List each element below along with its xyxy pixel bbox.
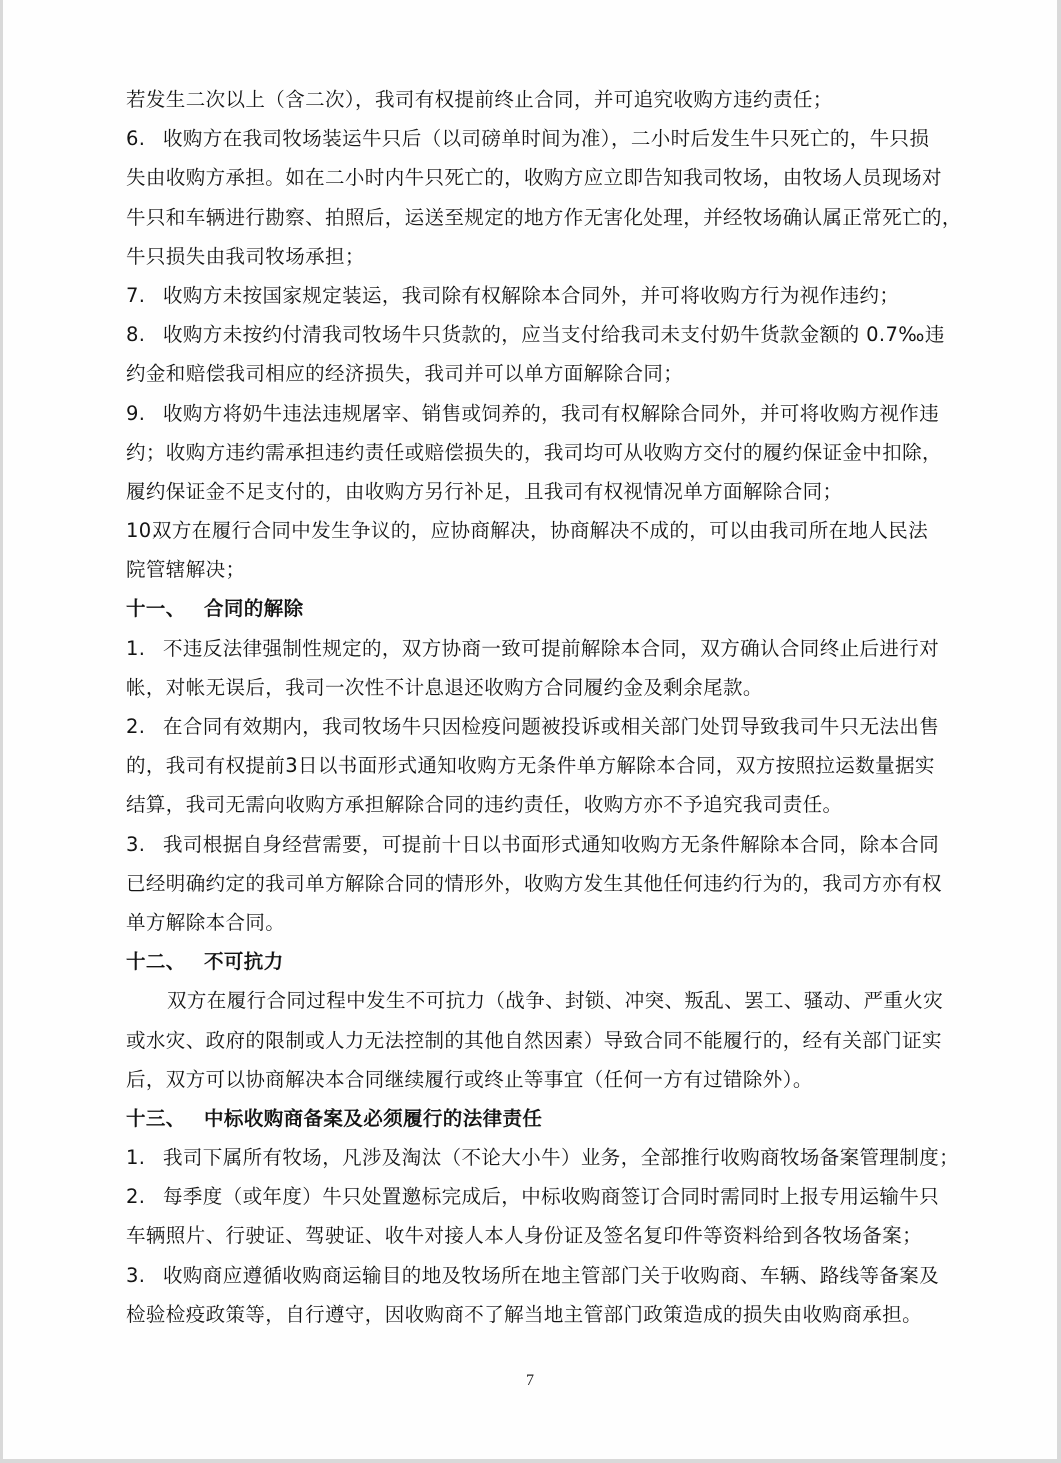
item-number: 2.: [126, 1177, 163, 1216]
list-item: 2.每季度（或年度）牛只处置邀标完成后，中标收购商签订合同时需同时上报专用运输牛…: [126, 1177, 936, 1255]
item-number: 2.: [126, 707, 163, 746]
section-title: 不可抗力: [204, 950, 284, 973]
text-line: 院管辖解决；: [126, 550, 936, 589]
list-item-8: 8.收购方未按约付清我司牧场牛只货款的，应当支付给我司未支付奶牛货款金额的 0.…: [126, 315, 936, 393]
text-line: 单方解除本合同。: [126, 903, 936, 942]
text-line: 在合同有效期内，我司牧场牛只因检疫问题被投诉或相关部门处罚导致我司牛只无法出售: [163, 715, 939, 738]
text-line: 检验检疫政策等，自行遵守，因收购商不了解当地主管部门政策造成的损失由收购商承担。: [126, 1295, 936, 1334]
section-title: 合同的解除: [204, 597, 304, 620]
section-13: 十三、中标收购商备案及必须履行的法律责任 1.我司下属所有牧场，凡涉及淘汰（不论…: [126, 1099, 936, 1334]
section-number: 十三、: [126, 1099, 204, 1138]
list-item: 1.我司下属所有牧场，凡涉及淘汰（不论大小牛）业务，全部推行收购商牧场备案管理制…: [126, 1138, 936, 1177]
section-title: 中标收购商备案及必须履行的法律责任: [204, 1107, 542, 1130]
list-item: 2.在合同有效期内，我司牧场牛只因检疫问题被投诉或相关部门处罚导致我司牛只无法出…: [126, 707, 936, 825]
text-line: 或水灾、政府的限制或人力无法控制的其他自然因素）导致合同不能履行的，经有关部门证…: [126, 1021, 936, 1060]
text-line: 帐，对帐无误后，我司一次性不计息退还收购方合同履约金及剩余尾款。: [126, 668, 936, 707]
list-item-10: 10.双方在履行合同中发生争议的，应协商解决，协商解决不成的，可以由我司所在地人…: [126, 511, 936, 589]
text-line: 收购商应遵循收购商运输目的地及牧场所在地主管部门关于收购商、车辆、路线等备案及: [163, 1264, 939, 1287]
item-number: 8.: [126, 315, 163, 354]
section-heading: 十三、中标收购商备案及必须履行的法律责任: [126, 1099, 936, 1138]
section-number: 十一、: [126, 589, 204, 628]
text-line: 的，我司有权提前3日以书面形式通知收购方无条件单方解除本合同，双方按照拉运数量据…: [126, 746, 936, 785]
item-number: 3.: [126, 1256, 163, 1295]
list-item-9: 9.收购方将奶牛违法违规屠宰、销售或饲养的，我司有权解除合同外，并可将收购方视作…: [126, 394, 936, 512]
section-heading: 十一、合同的解除: [126, 589, 936, 628]
item-number: 1.: [126, 1138, 163, 1177]
text-line: 结算，我司无需向收购方承担解除合同的违约责任，收购方亦不予追究我司责任。: [126, 785, 936, 824]
text-line: 收购方未按约付清我司牧场牛只货款的，应当支付给我司未支付奶牛货款金额的 0.7‰…: [163, 323, 945, 346]
text-line: 收购方未按国家规定装运，我司除有权解除本合同外，并可将收购方行为视作违约；: [163, 284, 899, 307]
text-line: 牛只损失由我司牧场承担；: [126, 237, 936, 276]
text-line: 每季度（或年度）牛只处置邀标完成后，中标收购商签订合同时需同时上报专用运输牛只: [163, 1185, 939, 1208]
text-line: 履约保证金不足支付的，由收购方另行补足，且我司有权视情况单方面解除合同；: [126, 472, 936, 511]
text-line: 已经明确约定的我司单方解除合同的情形外，收购方发生其他任何违约行为的，我司方亦有…: [126, 864, 936, 903]
text-line: 双方在履行合同过程中发生不可抗力（战争、封锁、冲突、叛乱、罢工、骚动、严重火灾: [126, 981, 936, 1020]
text-line: 后，双方可以协商解决本合同继续履行或终止等事宜（任何一方有过错除外）。: [126, 1060, 936, 1099]
text-line: 若发生二次以上（含二次），我司有权提前终止合同，并可追究收购方违约责任；: [126, 80, 936, 119]
section-number: 十二、: [126, 942, 204, 981]
item-number: 10.: [126, 511, 152, 550]
item-number: 3.: [126, 825, 163, 864]
page-content: 若发生二次以上（含二次），我司有权提前终止合同，并可追究收购方违约责任； 6.收…: [126, 80, 936, 1334]
list-item: 1.不违反法律强制性规定的，双方协商一致可提前解除本合同，双方确认合同终止后进行…: [126, 629, 936, 707]
item-number: 1.: [126, 629, 163, 668]
section-12: 十二、不可抗力 双方在履行合同过程中发生不可抗力（战争、封锁、冲突、叛乱、罢工、…: [126, 942, 936, 1099]
text-line: 收购方将奶牛违法违规屠宰、销售或饲养的，我司有权解除合同外，并可将收购方视作违: [163, 402, 939, 425]
text-line: 牛只和车辆进行勘察、拍照后，运送至规定的地方作无害化处理，并经牧场确认属正常死亡…: [126, 198, 936, 237]
text-line: 我司根据自身经营需要，可提前十日以书面形式通知收购方无条件解除本合同，除本合同: [163, 833, 939, 856]
text-line: 我司下属所有牧场，凡涉及淘汰（不论大小牛）业务，全部推行收购商牧场备案管理制度；: [163, 1146, 959, 1169]
list-item: 3.我司根据自身经营需要，可提前十日以书面形式通知收购方无条件解除本合同，除本合…: [126, 825, 936, 943]
text-line: 约；收购方违约需承担违约责任或赔偿损失的，我司均可从收购方交付的履约保证金中扣除…: [126, 433, 936, 472]
list-item: 3.收购商应遵循收购商运输目的地及牧场所在地主管部门关于收购商、车辆、路线等备案…: [126, 1256, 936, 1334]
item-number: 9.: [126, 394, 163, 433]
list-item-6: 6.收购方在我司牧场装运牛只后（以司磅单时间为准），二小时后发生牛只死亡的，牛只…: [126, 119, 936, 276]
item-number: 6.: [126, 119, 163, 158]
text-line: 不违反法律强制性规定的，双方协商一致可提前解除本合同，双方确认合同终止后进行对: [163, 637, 939, 660]
page-number: 7: [3, 1372, 1057, 1390]
text-line: 约金和赔偿我司相应的经济损失，我司并可以单方面解除合同；: [126, 354, 936, 393]
text-line: 失由收购方承担。如在二小时内牛只死亡的，收购方应立即告知我司牧场，由牧场人员现场…: [126, 158, 936, 197]
section-heading: 十二、不可抗力: [126, 942, 936, 981]
section-11: 十一、合同的解除 1.不违反法律强制性规定的，双方协商一致可提前解除本合同，双方…: [126, 589, 936, 942]
text-line: 收购方在我司牧场装运牛只后（以司磅单时间为准），二小时后发生牛只死亡的，牛只损: [163, 127, 929, 150]
document-page: 若发生二次以上（含二次），我司有权提前终止合同，并可追究收购方违约责任； 6.收…: [3, 0, 1057, 1459]
text-line: 车辆照片、行驶证、驾驶证、收牛对接人本人身份证及签名复印件等资料给到各牧场备案；: [126, 1216, 936, 1255]
paragraph: 双方在履行合同过程中发生不可抗力（战争、封锁、冲突、叛乱、罢工、骚动、严重火灾 …: [126, 981, 936, 1099]
item-number: 7.: [126, 276, 163, 315]
text-line: 双方在履行合同中发生争议的，应协商解决，协商解决不成的，可以由我司所在地人民法: [152, 519, 928, 542]
list-item-7: 7.收购方未按国家规定装运，我司除有权解除本合同外，并可将收购方行为视作违约；: [126, 276, 936, 315]
